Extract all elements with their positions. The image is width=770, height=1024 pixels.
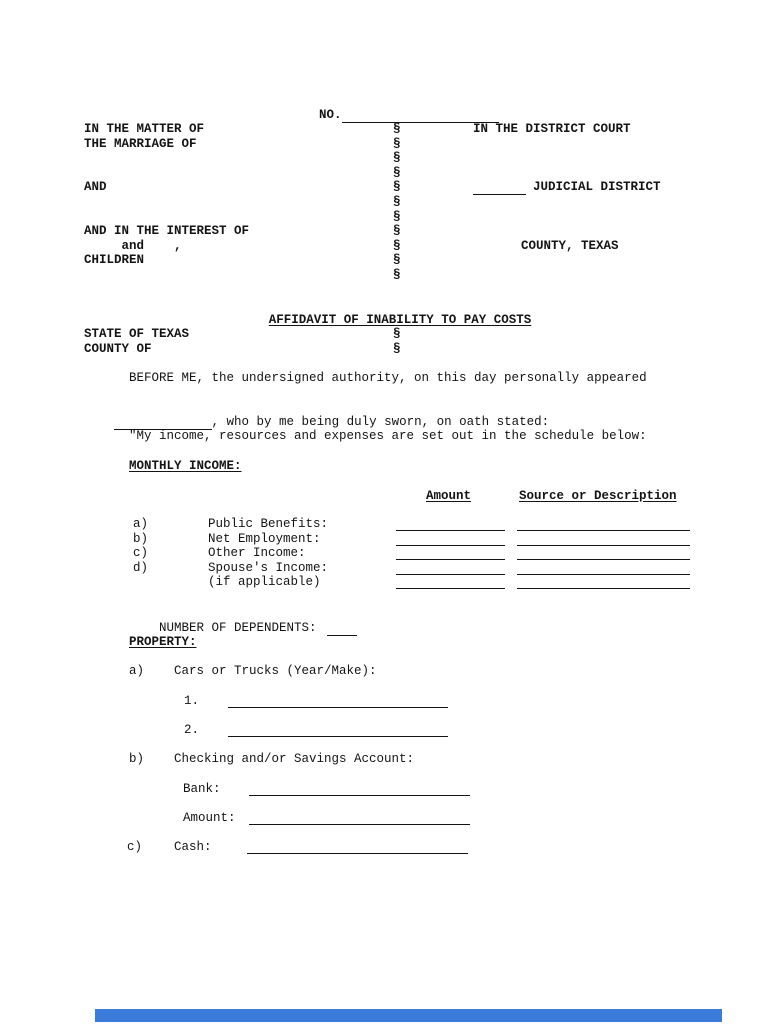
income-row-letter: d)	[133, 561, 148, 576]
income-row-label: Other Income:	[208, 546, 306, 561]
footer-bar	[95, 1009, 722, 1022]
income-amount-blank	[396, 532, 505, 546]
property-a-label: Cars or Trucks (Year/Make):	[174, 664, 377, 679]
income-amount-blank	[396, 561, 505, 575]
vehicle-2-blank	[228, 723, 448, 737]
income-source-blank	[517, 532, 690, 546]
dependents-label: NUMBER OF DEPENDENTS:	[159, 621, 317, 635]
account-amount-label: Amount:	[183, 811, 236, 826]
income-row-letter: b)	[133, 532, 148, 547]
income-row-label: Net Employment:	[208, 532, 321, 547]
venue-state-county: STATE OF TEXAS COUNTY OF	[84, 327, 189, 356]
income-amount-blank	[396, 575, 505, 589]
income-row-label: Public Benefits:	[208, 517, 328, 532]
affiant-name-blank	[114, 415, 212, 430]
column-header-amount: Amount	[426, 489, 471, 504]
property-b-letter: b)	[129, 752, 144, 767]
property-heading: PROPERTY:	[129, 635, 197, 650]
vehicle-1-blank	[228, 694, 448, 708]
caption-court-line: IN THE DISTRICT COURT	[473, 122, 631, 137]
body-line-2-rest: , who by me being duly sworn, on oath st…	[212, 415, 550, 429]
caption-district-line: JUDICIAL DISTRICT	[473, 180, 661, 195]
caption-parties: IN THE MATTER OF THE MARRIAGE OF AND AND…	[84, 122, 249, 268]
case-number-label: NO.	[319, 108, 342, 122]
income-source-blank	[517, 575, 690, 589]
case-number-blank	[342, 108, 500, 123]
income-source-blank	[517, 561, 690, 575]
income-amount-blank	[396, 517, 505, 531]
affidavit-document-page: NO. IN THE MATTER OF THE MARRIAGE OF AND…	[0, 0, 770, 1024]
income-source-blank	[517, 546, 690, 560]
caption-county-line: COUNTY, TEXAS	[521, 239, 619, 254]
document-title: AFFIDAVIT OF INABILITY TO PAY COSTS	[269, 313, 532, 327]
income-row-letter: a)	[133, 517, 148, 532]
cash-blank	[247, 840, 468, 854]
caption-section-symbols: § § § § § § § § § § §	[393, 122, 401, 283]
column-header-source: Source or Description	[519, 489, 677, 504]
income-row-letter: c)	[133, 546, 148, 561]
property-a-letter: a)	[129, 664, 144, 679]
property-b-label: Checking and/or Savings Account:	[174, 752, 414, 767]
income-source-blank	[517, 517, 690, 531]
income-row-label: Spouse's Income:	[208, 561, 328, 576]
dependents-blank	[327, 621, 357, 635]
property-c-letter: c)	[127, 840, 142, 855]
bank-label: Bank:	[183, 782, 221, 797]
monthly-income-heading: MONTHLY INCOME:	[129, 459, 242, 474]
income-row-label: (if applicable)	[208, 575, 321, 590]
vehicle-1-number: 1.	[184, 694, 199, 709]
venue-section-symbols: § §	[393, 327, 401, 356]
property-c-label: Cash:	[174, 840, 212, 855]
account-amount-blank	[249, 811, 470, 825]
body-line-3: "My income, resources and expenses are s…	[129, 429, 647, 444]
bank-blank	[249, 782, 470, 796]
vehicle-2-number: 2.	[184, 723, 199, 738]
body-line-1: BEFORE ME, the undersigned authority, on…	[129, 371, 647, 386]
income-amount-blank	[396, 546, 505, 560]
